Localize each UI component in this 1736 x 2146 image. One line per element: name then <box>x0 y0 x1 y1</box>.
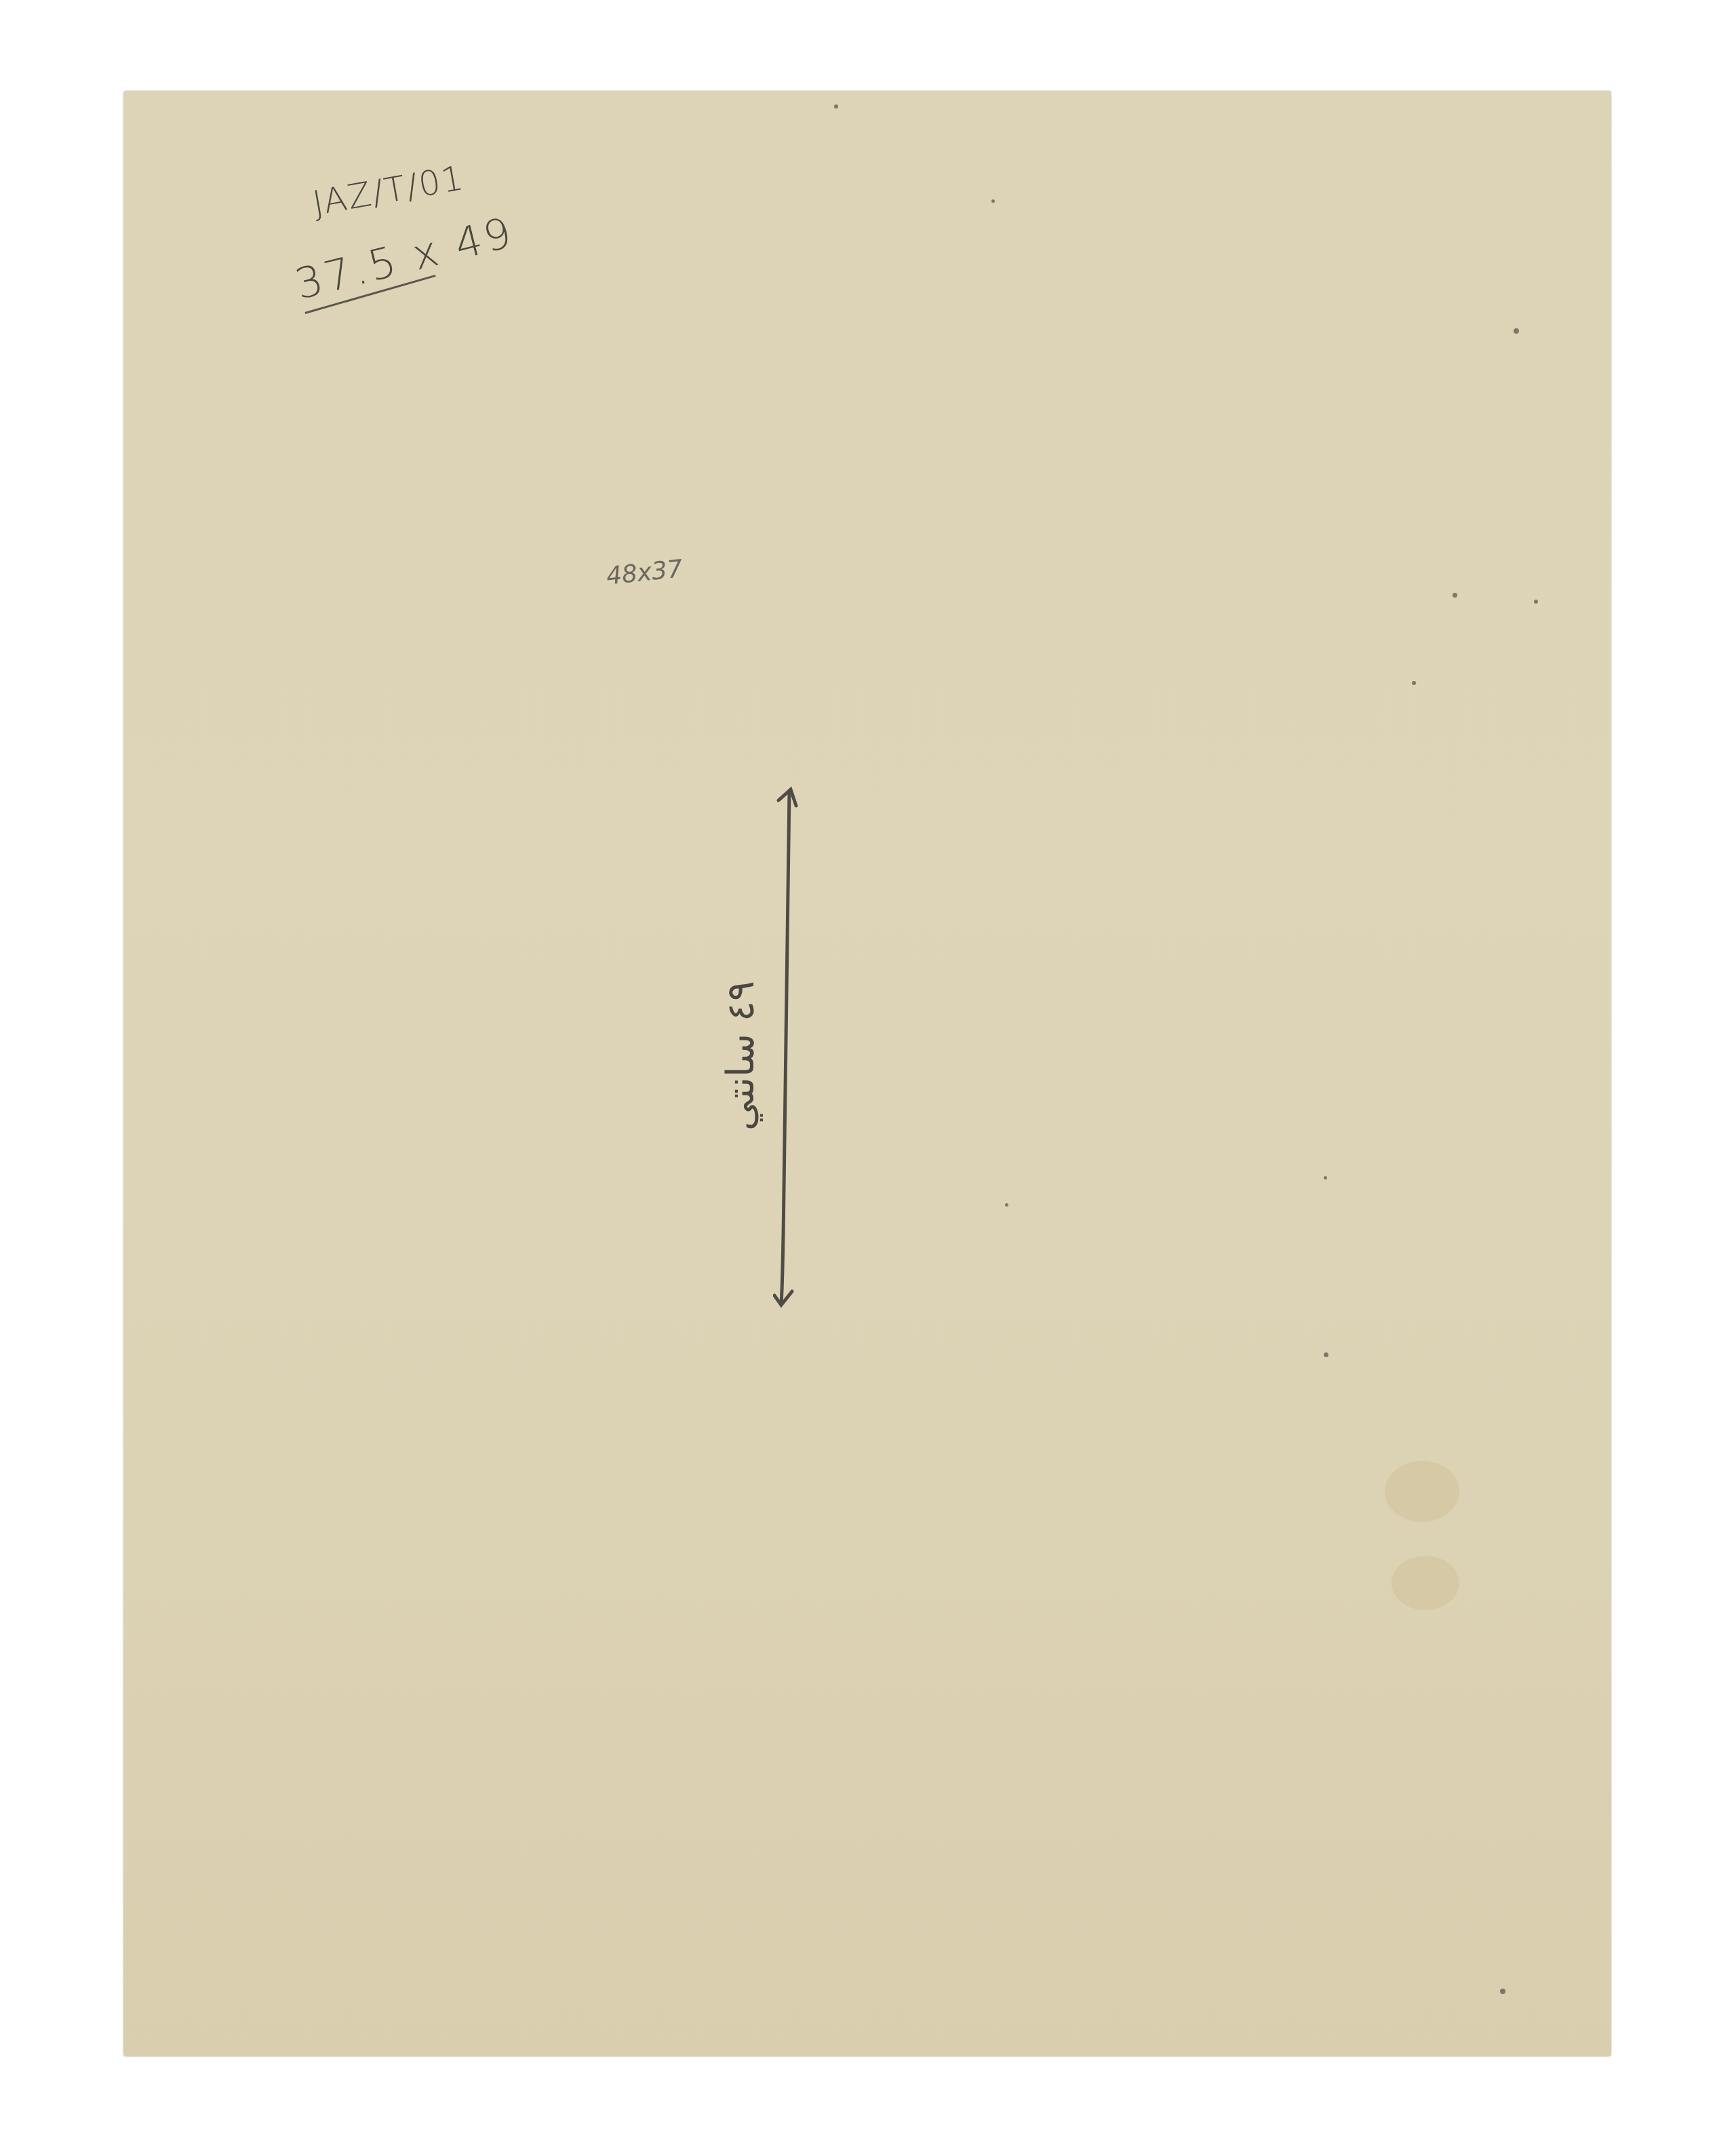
arabic-measurement-note: ٤٩ سانتي <box>719 981 763 1131</box>
paper-spot <box>1500 1989 1505 1994</box>
secondary-dimensions-inscription: 48x37 <box>605 555 684 591</box>
paper-spot <box>1412 681 1416 685</box>
paper-spot <box>1005 1203 1008 1207</box>
artwork-verso-paper: JAZ/T/01 37.5 x 49 48x37 ٤٩ سانتي <box>123 91 1611 2056</box>
paper-spot <box>1534 600 1538 604</box>
dimensions-inscription: 37.5 x 49 <box>290 207 519 309</box>
paper-spot <box>991 199 995 203</box>
paper-spot <box>1453 593 1457 598</box>
paper-spot <box>1514 328 1519 334</box>
double-arrow-icon <box>773 783 800 1312</box>
paper-spot <box>1324 1176 1327 1179</box>
paper-stain <box>1392 1556 1459 1610</box>
paper-spot <box>834 104 838 109</box>
paper-spot <box>1324 1352 1328 1357</box>
inventory-number-inscription: JAZ/T/01 <box>310 158 468 223</box>
paper-stain <box>1385 1461 1459 1522</box>
